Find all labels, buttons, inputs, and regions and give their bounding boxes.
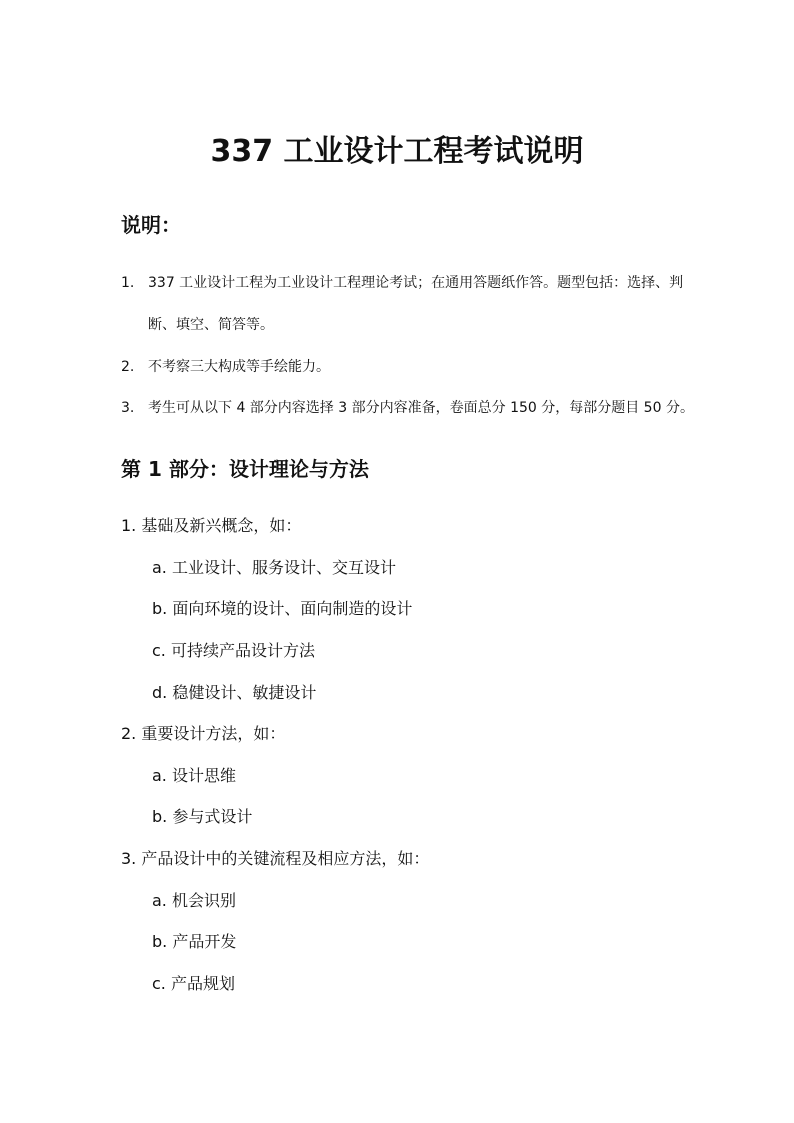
list-item: c. 产品规划: [152, 973, 235, 995]
section-label: 1. 基础及新兴概念，如：: [121, 515, 301, 537]
note-text: 不考察三大构成等手绘能力。: [148, 357, 330, 377]
section-label: 3. 产品设计中的关键流程及相应方法，如：: [121, 848, 429, 870]
list-item: a. 设计思维: [152, 765, 236, 787]
notes-heading: 说明：: [121, 211, 181, 239]
note-number: 1.: [121, 273, 147, 293]
note-text: 考生可从以下 4 部分内容选择 3 部分内容准备，卷面总分 150 分，每部分题…: [148, 398, 694, 418]
part1-heading: 第 1 部分：设计理论与方法: [121, 455, 369, 483]
list-item: d. 稳健设计、敏捷设计: [152, 682, 316, 704]
list-item: a. 机会识别: [152, 890, 236, 912]
list-item: c. 可持续产品设计方法: [152, 640, 315, 662]
list-item: b. 参与式设计: [152, 806, 252, 828]
note-number: 3.: [121, 398, 147, 418]
list-item: b. 面向环境的设计、面向制造的设计: [152, 598, 412, 620]
note-number: 2.: [121, 357, 147, 377]
page-title: 337 工业设计工程考试说明: [0, 131, 794, 173]
list-item: b. 产品开发: [152, 931, 236, 953]
list-item: a. 工业设计、服务设计、交互设计: [152, 557, 396, 579]
note-text-continued: 断、填空、简答等。: [148, 315, 274, 335]
section-label: 2. 重要设计方法，如：: [121, 723, 285, 745]
note-text: 337 工业设计工程为工业设计工程理论考试；在通用答题纸作答。题型包括：选择、判: [148, 273, 683, 293]
